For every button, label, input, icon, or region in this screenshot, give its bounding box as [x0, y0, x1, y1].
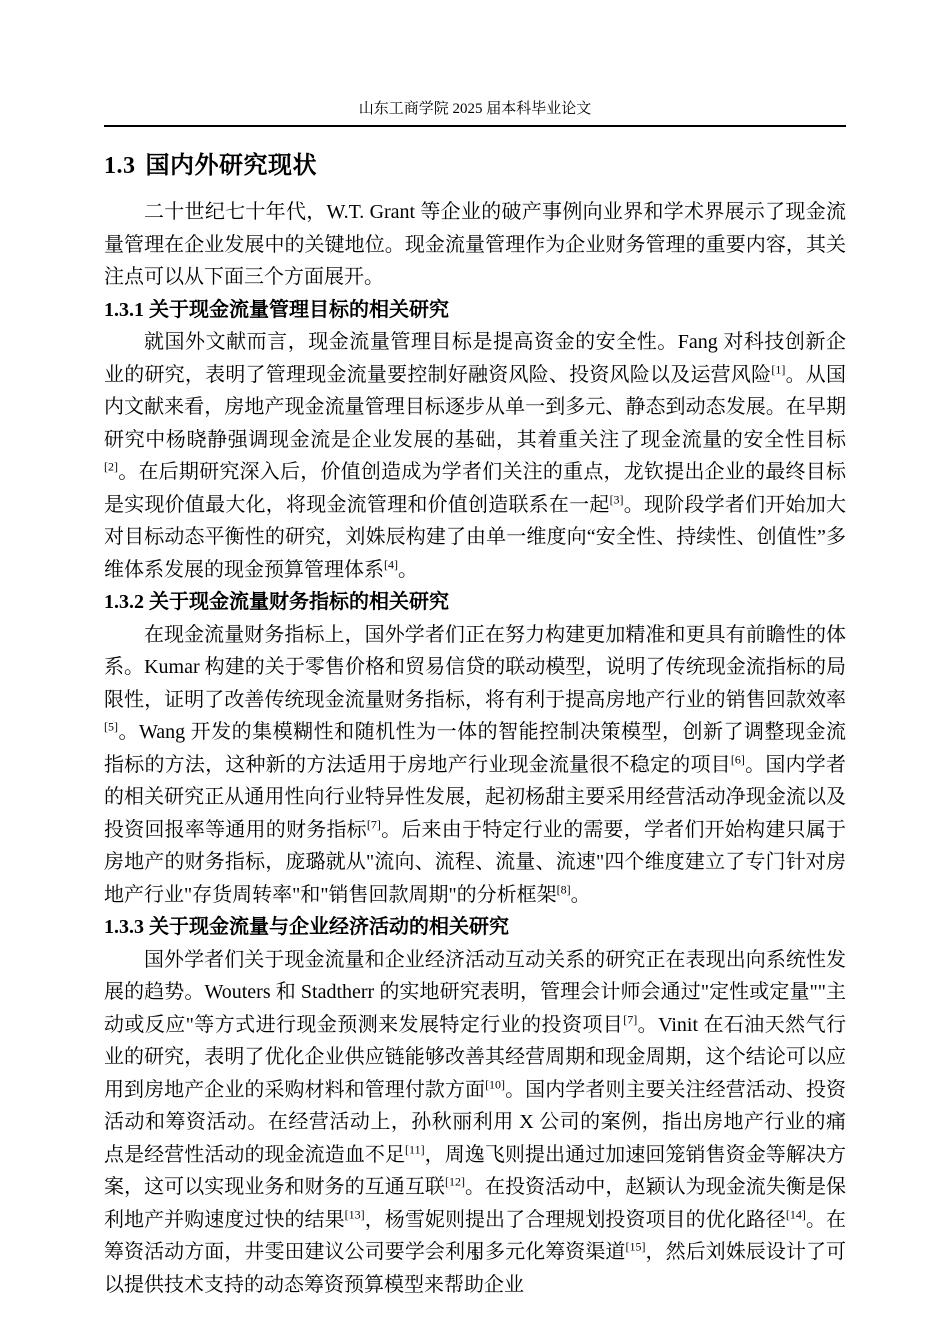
- subsection-1-3-1: 1.3.1 关于现金流量管理目标的相关研究 就国外文献而言，现金流量管理目标是提…: [104, 294, 846, 587]
- subsection-paragraph: 在现金流量财务指标上，国外学者们正在努力构建更加精准和更具有前瞻性的体系。Kum…: [104, 619, 846, 912]
- intro-paragraph: 二十世纪七十年代，W.T. Grant 等企业的破产事例向业界和学术界展示了现金…: [104, 196, 846, 294]
- subsection-paragraph: 就国外文献而言，现金流量管理目标是提高资金的安全性。Fang 对科技创新企业的研…: [104, 326, 846, 586]
- subsection-1-3-2: 1.3.2 关于现金流量财务指标的相关研究 在现金流量财务指标上，国外学者们正在…: [104, 586, 846, 911]
- header-text: 山东工商学院 2025 届本科毕业论文: [359, 101, 592, 117]
- subsection-heading: 1.3.2 关于现金流量财务指标的相关研究: [104, 586, 846, 619]
- page-content: 1.3国内外研究现状 二十世纪七十年代，W.T. Grant 等企业的破产事例向…: [104, 149, 846, 1301]
- section-number: 1.3: [104, 153, 136, 179]
- thesis-page: 山东工商学院 2025 届本科毕业论文 1.3国内外研究现状 二十世纪七十年代，…: [0, 0, 950, 1344]
- page-header: 山东工商学院 2025 届本科毕业论文: [104, 99, 846, 127]
- subsection-heading: 1.3.3 关于现金流量与企业经济活动的相关研究: [104, 911, 846, 944]
- section-heading: 1.3国内外研究现状: [104, 149, 846, 183]
- subsection-1-3-3: 1.3.3 关于现金流量与企业经济活动的相关研究 国外学者们关于现金流量和企业经…: [104, 911, 846, 1301]
- section-title: 国内外研究现状: [146, 153, 318, 179]
- subsection-heading: 1.3.1 关于现金流量管理目标的相关研究: [104, 294, 846, 327]
- page-number: 5: [0, 1246, 950, 1266]
